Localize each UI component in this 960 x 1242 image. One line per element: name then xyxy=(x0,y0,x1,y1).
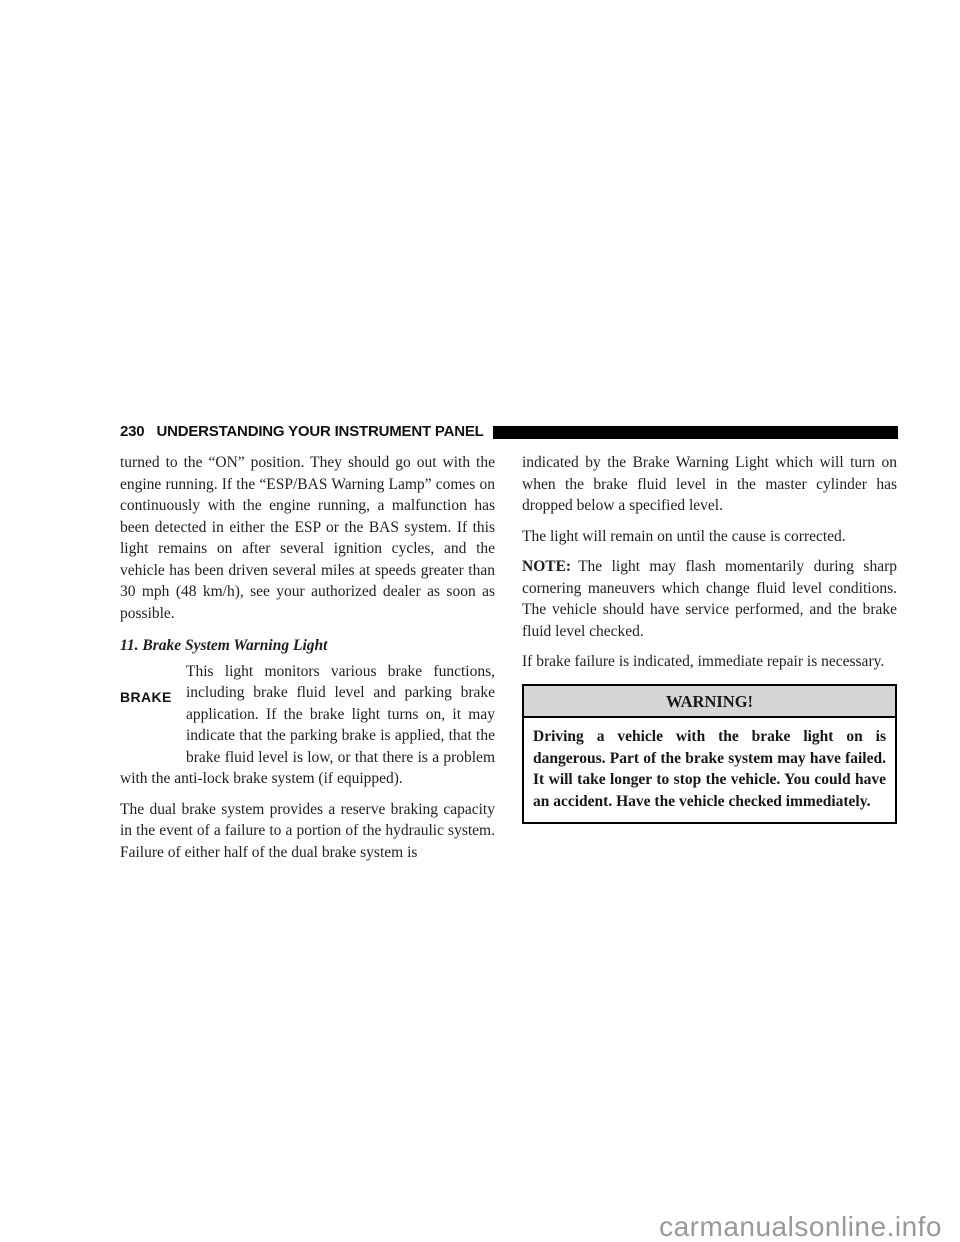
section-heading-brake-system-warning-light: 11. Brake System Warning Light xyxy=(120,635,495,657)
page-header-title: UNDERSTANDING YOUR INSTRUMENT PANEL xyxy=(156,423,483,440)
note-label: NOTE: xyxy=(522,558,571,575)
warning-box-body: Driving a vehicle with the brake light o… xyxy=(524,718,895,822)
warning-box-title: WARNING! xyxy=(524,686,895,719)
paragraph-brake-light: BRAKE This light monitors various brake … xyxy=(120,661,495,790)
note-paragraph: NOTE:The light may flash momentarily dur… xyxy=(522,556,897,642)
page-header: 230 UNDERSTANDING YOUR INSTRUMENT PANEL xyxy=(120,423,898,440)
paragraph-brake-warning-light: indicated by the Brake Warning Light whi… xyxy=(522,452,897,517)
manual-page: 230 UNDERSTANDING YOUR INSTRUMENT PANEL … xyxy=(0,0,960,1242)
paragraph-brake-failure: If brake failure is indicated, immediate… xyxy=(522,651,897,673)
note-text: The light may flash momentarily during s… xyxy=(522,558,897,640)
header-rule-bar xyxy=(493,426,898,439)
paragraph-light-remains-on: The light will remain on until the cause… xyxy=(522,526,897,548)
warning-box: WARNING! Driving a vehicle with the brak… xyxy=(522,684,897,825)
paragraph-esp-bas-warning: turned to the “ON” position. They should… xyxy=(120,452,495,624)
brake-warning-light-label: BRAKE xyxy=(120,689,172,705)
brake-indicator-figure: BRAKE xyxy=(120,661,186,748)
page-number: 230 xyxy=(120,423,144,440)
right-column: indicated by the Brake Warning Light whi… xyxy=(522,452,897,824)
paragraph-dual-brake-system: The dual brake system provides a reserve… xyxy=(120,799,495,864)
watermark: carmanualsonline.info xyxy=(659,1212,942,1242)
left-column: turned to the “ON” position. They should… xyxy=(120,452,495,863)
